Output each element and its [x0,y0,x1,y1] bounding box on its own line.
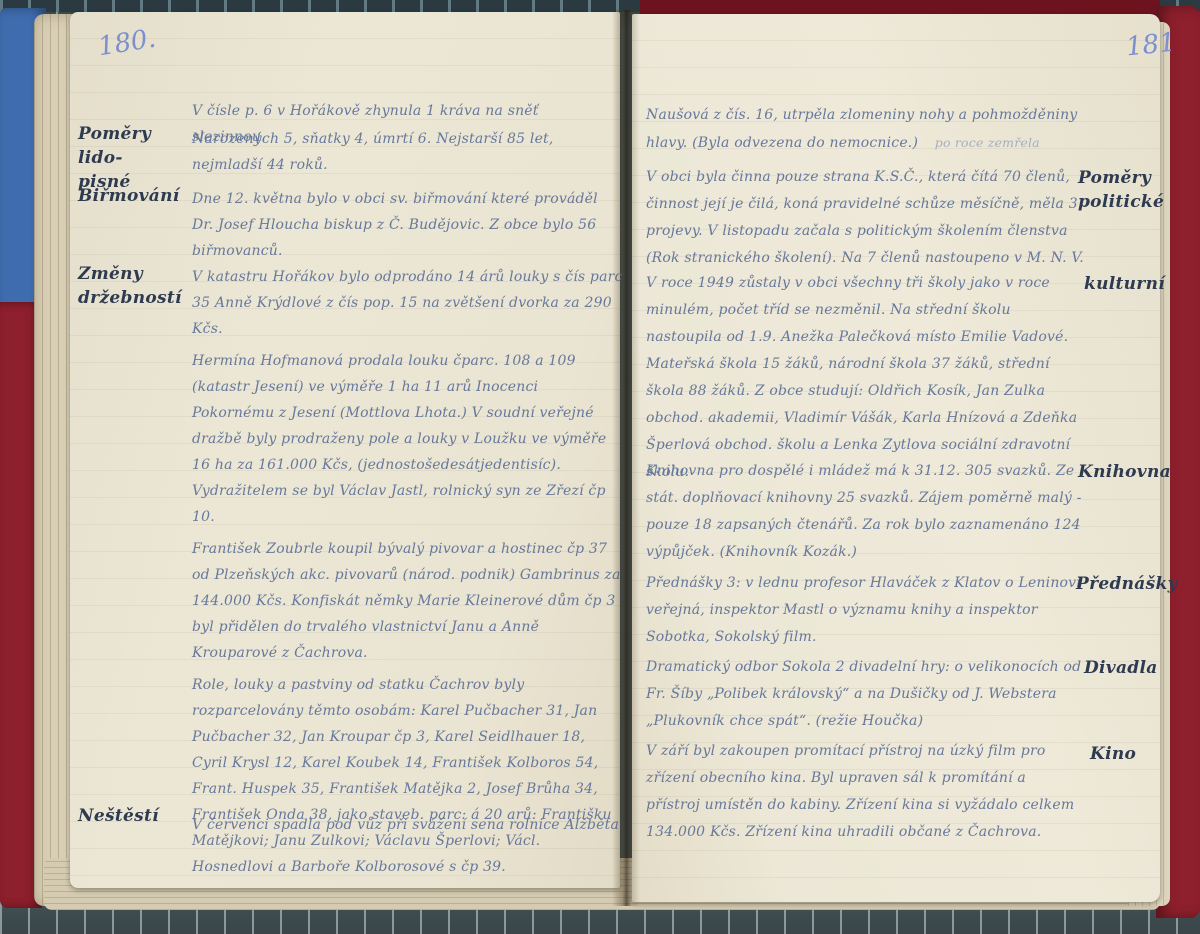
margin-heading: Poměry politické [1078,166,1160,214]
page-number-left: 180. [96,24,158,63]
entry-text: V obci byla činna pouze strana K.S.Č., k… [646,164,1086,272]
entry-accident-continuation: Naušová z čís. 16, utrpěla zlomeniny noh… [646,102,1098,157]
photographed-book-spread: 180. V čísle p. 6 v Hořákově zhynula 1 k… [0,0,1200,934]
entry-text: Dne 12. května bylo v obci sv. biřmování… [192,186,620,264]
book-gutter-shadow [612,10,640,906]
entry-text: Narozených 5, sňatky 4, úmrtí 6. Nejstar… [192,126,620,178]
margin-heading: Přednášky [1076,572,1162,596]
margin-heading: Kino [1090,742,1160,766]
entry-text: Přednášky 3: v lednu profesor Hlaváček z… [646,570,1086,651]
left-page: 180. V čísle p. 6 v Hořákově zhynula 1 k… [70,12,620,888]
right-page: 181 Naušová z čís. 16, utrpěla zlomeniny… [632,14,1160,902]
margin-heading: Neštěstí [78,804,190,828]
paragraph: František Zoubrle koupil bývalý pivovar … [192,536,624,666]
margin-heading: Divadla [1084,656,1162,680]
margin-heading-line: Poměry lido- [78,122,190,170]
margin-heading-line: politické [1078,190,1160,214]
entry-text: V červenci spadla pod vůz při svážení se… [192,812,622,838]
entry-text: V roce 1949 zůstaly v obci všechny tři š… [646,270,1086,486]
margin-heading-line: držebností [78,286,190,310]
paragraph: Role, louky a pastviny od statku Čachrov… [192,672,624,880]
entry-text: Knihovna pro dospělé i mládež má k 31.12… [646,458,1088,566]
margin-heading: kulturní [1084,272,1164,296]
entry-text: V září byl zakoupen promítací přístroj n… [646,738,1078,846]
entry-paragraph-group: V katastru Hořákov bylo odprodáno 14 árů… [192,264,624,886]
margin-heading: Knihovna [1078,460,1162,484]
margin-heading: Biřmování [78,184,190,208]
paragraph: V katastru Hořákov bylo odprodáno 14 árů… [192,264,624,342]
margin-heading: Změny držebností [78,262,190,310]
entry-text: Dramatický odbor Sokola 2 divadelní hry:… [646,654,1086,735]
margin-heading-line: Poměry [1078,166,1160,190]
page-number-right: 181 [1125,27,1178,62]
margin-heading-line: Změny [78,262,190,286]
paragraph: Hermína Hofmanová prodala louku čparc. 1… [192,348,624,530]
pencil-added-note: po roce zemřela [935,135,1040,150]
